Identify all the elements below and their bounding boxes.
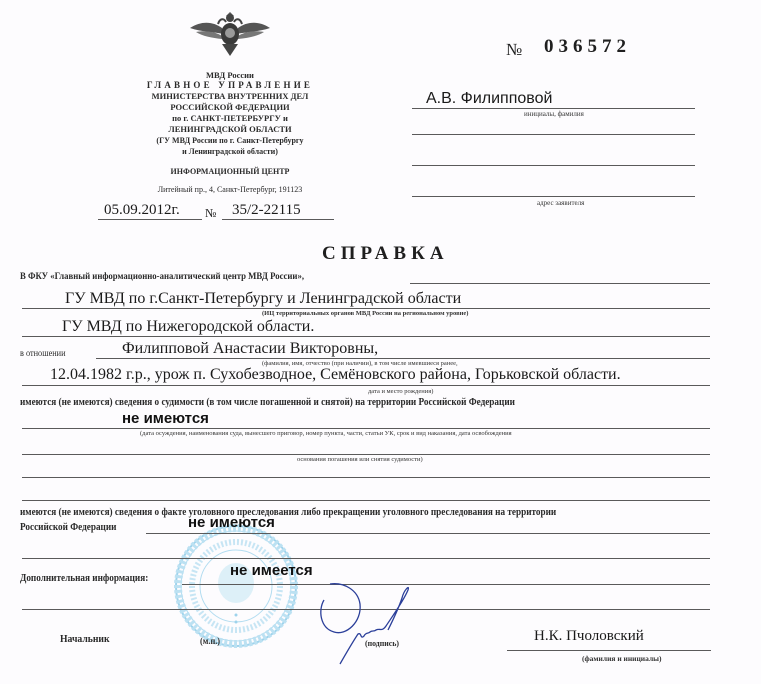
convictions-caption-1: (дата осуждения, наименования суда, выне… — [140, 430, 512, 437]
information-center: ИНФОРМАЦИОННЫЙ ЦЕНТР — [100, 166, 360, 177]
outgoing-number: 35/2-22115 — [232, 202, 301, 219]
signer-name: Н.К. Пчоловский — [534, 628, 644, 645]
person-name: Филипповой Анастасии Викторовны, — [122, 340, 378, 358]
to-label: В ФКУ «Главный информационно-аналитическ… — [20, 272, 304, 282]
regarding-label: в отношении — [20, 348, 66, 358]
recipient-name: А.В. Филипповой — [426, 90, 552, 108]
recipient-name-caption: инициалы, фамилия — [524, 110, 584, 118]
serial-number-sign: № — [506, 40, 522, 60]
position-label: Начальник — [60, 634, 110, 645]
handwritten-signature-icon — [300, 570, 425, 670]
issuer-line-7: (ГУ МВД России по г. Санкт-Петербургу — [100, 135, 360, 146]
organization-1: ГУ МВД по г.Санкт-Петербургу и Ленинград… — [65, 290, 461, 308]
convictions-label: имеются (не имеются) сведения о судимост… — [20, 397, 515, 408]
convictions-value: не имеются — [122, 410, 209, 427]
mvd-eagle-emblem-icon — [188, 6, 272, 58]
additional-info-label: Дополнительная информация: — [20, 573, 148, 584]
issuer-line-8: и Ленинградской области) — [100, 146, 360, 157]
convictions-caption-2: основания погашения или снятия судимости… — [297, 456, 423, 463]
prosecution-label-2: Российской Федерации — [20, 522, 116, 533]
signer-caption: (фамилия и инициалы) — [582, 654, 662, 663]
issuer-line-4: РОССИЙСКОЙ ФЕДЕРАЦИИ — [100, 102, 360, 113]
official-stamp-icon — [173, 523, 299, 649]
issuer-address: Литейный пр., 4, Санкт-Петербург, 191123 — [100, 184, 360, 195]
organization-caption: (ИЦ территориальных органов МВД России н… — [262, 310, 468, 317]
birth-info: 12.04.1982 г.р., урож п. Сухобезводное, … — [50, 366, 621, 384]
issuer-line-2: ГЛАВНОЕ УПРАВЛЕНИЕ — [100, 80, 360, 91]
issuer-line-5: по г. САНКТ-ПЕТЕРБУРГУ и — [100, 113, 360, 124]
issuer-line-6: ЛЕНИНГРАДСКОЙ ОБЛАСТИ — [100, 124, 360, 135]
birth-caption: дата и место рождения) — [368, 388, 433, 395]
document-title: СПРАВКА — [322, 243, 449, 265]
issuer-line-3: МИНИСТЕРСТВА ВНУТРЕННИХ ДЕЛ — [100, 91, 360, 102]
signature-caption: (подпись) — [365, 638, 399, 648]
prosecution-label-1: имеются (не имеются) сведения о факте уг… — [20, 507, 556, 518]
recipient-address-caption: адрес заявителя — [537, 199, 584, 207]
organization-2: ГУ МВД по Нижегородской области. — [62, 318, 314, 336]
outgoing-date: 05.09.2012г. — [104, 202, 180, 219]
serial-number: 036572 — [544, 36, 631, 58]
stamp-place-label: (м.п.) — [200, 636, 220, 646]
prosecution-value: не имеются — [188, 514, 275, 531]
outgoing-number-sign: № — [205, 206, 216, 221]
